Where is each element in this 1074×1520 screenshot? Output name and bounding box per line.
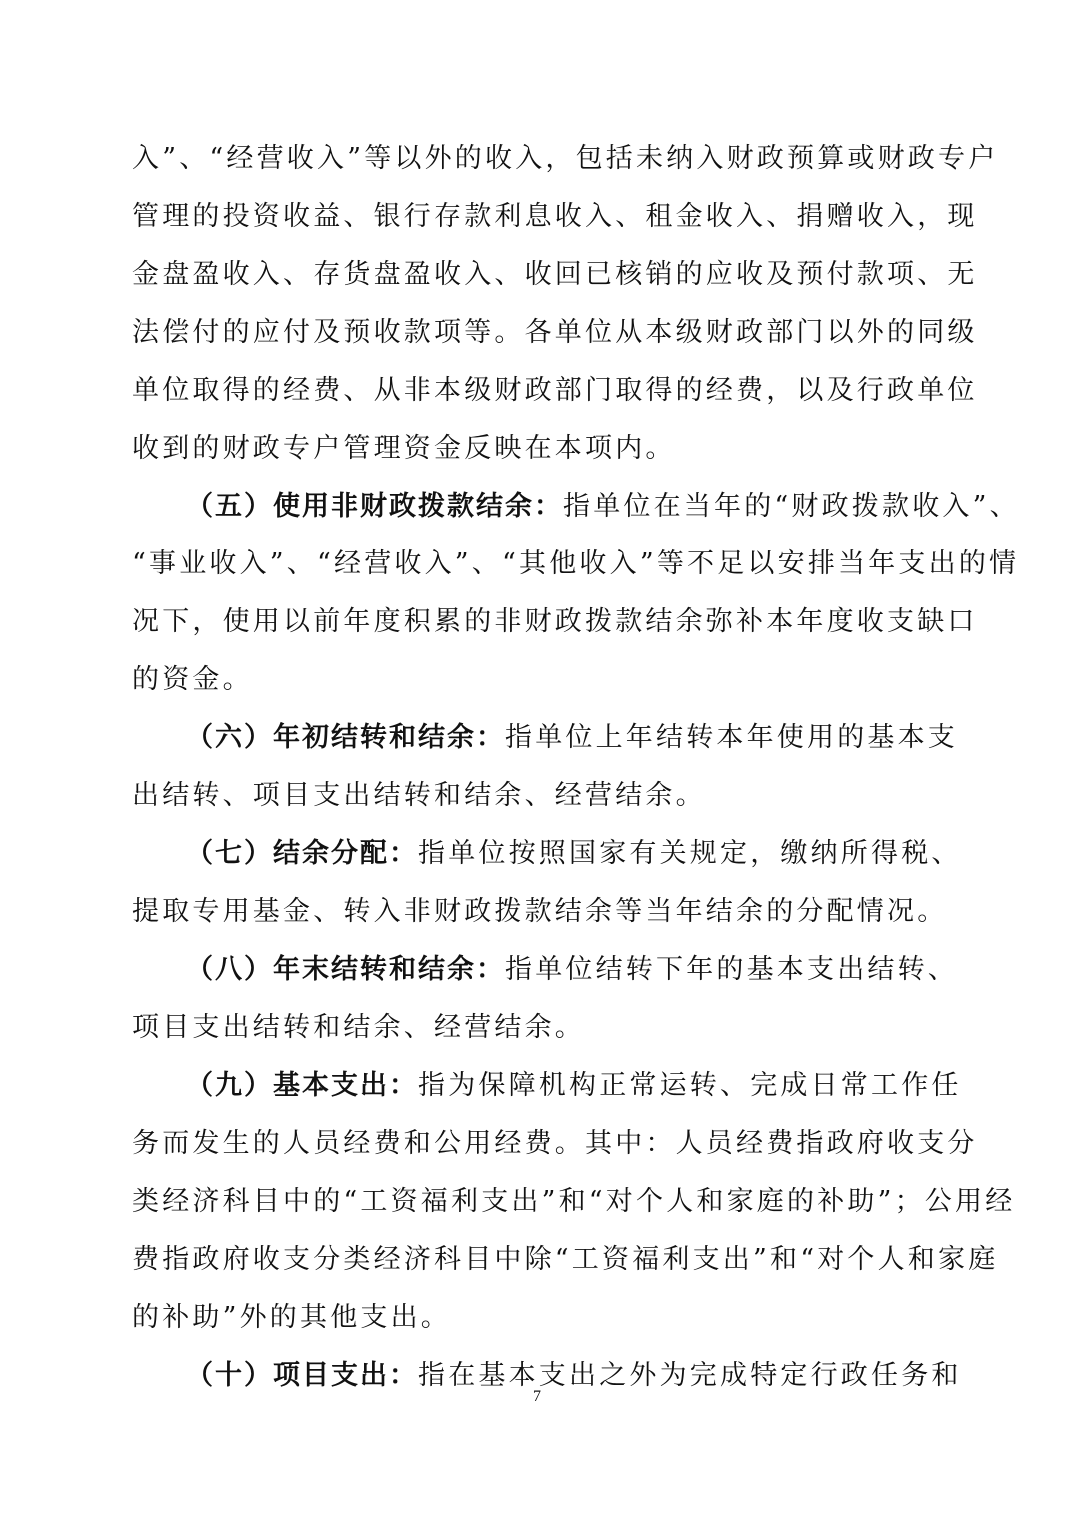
text-line: 况下，使用以前年度积累的非财政拨款结余弥补本年度收支缺口: [132, 605, 978, 639]
line-text: 费指政府收支分类经济科目中除“工资福利支出”和“对个人和家庭: [132, 1244, 998, 1275]
section-heading: （五）使用非财政拨款结余：: [186, 491, 563, 522]
page-number: 7: [0, 1388, 1074, 1406]
text-line: 费指政府收支分类经济科目中除“工资福利支出”和“对个人和家庭: [132, 1243, 998, 1277]
line-text: 指单位在当年的“财政拨款收入”、: [563, 491, 1020, 522]
section-heading-line: （七）结余分配：指单位按照国家有关规定，缴纳所得税、: [186, 837, 962, 871]
line-text: 指为保障机构正常运转、完成日常工作任: [418, 1070, 962, 1101]
text-line: 入”、“经营收入”等以外的收入，包括未纳入财政预算或财政专户: [132, 142, 998, 176]
section-heading-line: （八）年末结转和结余：指单位结转下年的基本支出结转、: [186, 953, 958, 987]
text-line: 务而发生的人员经费和公用经费。其中：人员经费指政府收支分: [132, 1127, 978, 1161]
section-heading-line: （五）使用非财政拨款结余：指单位在当年的“财政拨款收入”、: [186, 490, 1020, 524]
line-text: 指单位上年结转本年使用的基本支: [505, 722, 958, 753]
line-text: 法偿付的应付及预收款项等。各单位从本级财政部门以外的同级: [132, 317, 978, 348]
line-text: 指单位按照国家有关规定，缴纳所得税、: [418, 838, 962, 869]
text-line: 金盘盈收入、存货盘盈收入、收回已核销的应收及预付款项、无: [132, 258, 978, 292]
text-line: 的补助”外的其他支出。: [132, 1301, 451, 1335]
text-line: 的资金。: [132, 663, 253, 697]
line-text: 管理的投资收益、银行存款利息收入、租金收入、捐赠收入，现: [132, 201, 978, 232]
section-heading-line: （九）基本支出：指为保障机构正常运转、完成日常工作任: [186, 1069, 962, 1103]
section-heading: （七）结余分配：: [186, 838, 418, 869]
line-text: 况下，使用以前年度积累的非财政拨款结余弥补本年度收支缺口: [132, 606, 978, 637]
section-heading-line: （六）年初结转和结余：指单位上年结转本年使用的基本支: [186, 721, 958, 755]
line-text: 的资金。: [132, 664, 253, 695]
section-heading: （十）项目支出：: [186, 1360, 418, 1391]
text-line: “事业收入”、“经营收入”、“其他收入”等不足以安排当年支出的情: [132, 547, 1019, 581]
line-text: 的补助”外的其他支出。: [132, 1302, 451, 1333]
line-text: 收到的财政专户管理资金反映在本项内。: [132, 433, 676, 464]
line-text: 入”、“经营收入”等以外的收入，包括未纳入财政预算或财政专户: [132, 143, 998, 174]
text-line: 法偿付的应付及预收款项等。各单位从本级财政部门以外的同级: [132, 316, 978, 350]
document-page: 入”、“经营收入”等以外的收入，包括未纳入财政预算或财政专户管理的投资收益、银行…: [0, 0, 1074, 1520]
text-line: 类经济科目中的“工资福利支出”和“对个人和家庭的补助”；公用经: [132, 1185, 1015, 1219]
line-text: 类经济科目中的“工资福利支出”和“对个人和家庭的补助”；公用经: [132, 1186, 1015, 1217]
text-line: 出结转、项目支出结转和结余、经营结余。: [132, 779, 706, 813]
line-text: 指在基本支出之外为完成特定行政任务和: [418, 1360, 962, 1391]
section-heading: （九）基本支出：: [186, 1070, 418, 1101]
text-line: 收到的财政专户管理资金反映在本项内。: [132, 432, 676, 466]
line-text: 务而发生的人员经费和公用经费。其中：人员经费指政府收支分: [132, 1128, 978, 1159]
line-text: 项目支出结转和结余、经营结余。: [132, 1012, 585, 1043]
section-heading: （六）年初结转和结余：: [186, 722, 505, 753]
line-text: “事业收入”、“经营收入”、“其他收入”等不足以安排当年支出的情: [132, 548, 1019, 579]
text-line: 单位取得的经费、从非本级财政部门取得的经费，以及行政单位: [132, 374, 978, 408]
line-text: 出结转、项目支出结转和结余、经营结余。: [132, 780, 706, 811]
section-heading: （八）年末结转和结余：: [186, 954, 505, 985]
text-line: 管理的投资收益、银行存款利息收入、租金收入、捐赠收入，现: [132, 200, 978, 234]
text-line: 项目支出结转和结余、经营结余。: [132, 1011, 585, 1045]
line-text: 单位取得的经费、从非本级财政部门取得的经费，以及行政单位: [132, 375, 978, 406]
line-text: 金盘盈收入、存货盘盈收入、收回已核销的应收及预付款项、无: [132, 259, 978, 290]
line-text: 提取专用基金、转入非财政拨款结余等当年结余的分配情况。: [132, 896, 947, 927]
text-line: 提取专用基金、转入非财政拨款结余等当年结余的分配情况。: [132, 895, 947, 929]
line-text: 指单位结转下年的基本支出结转、: [505, 954, 958, 985]
